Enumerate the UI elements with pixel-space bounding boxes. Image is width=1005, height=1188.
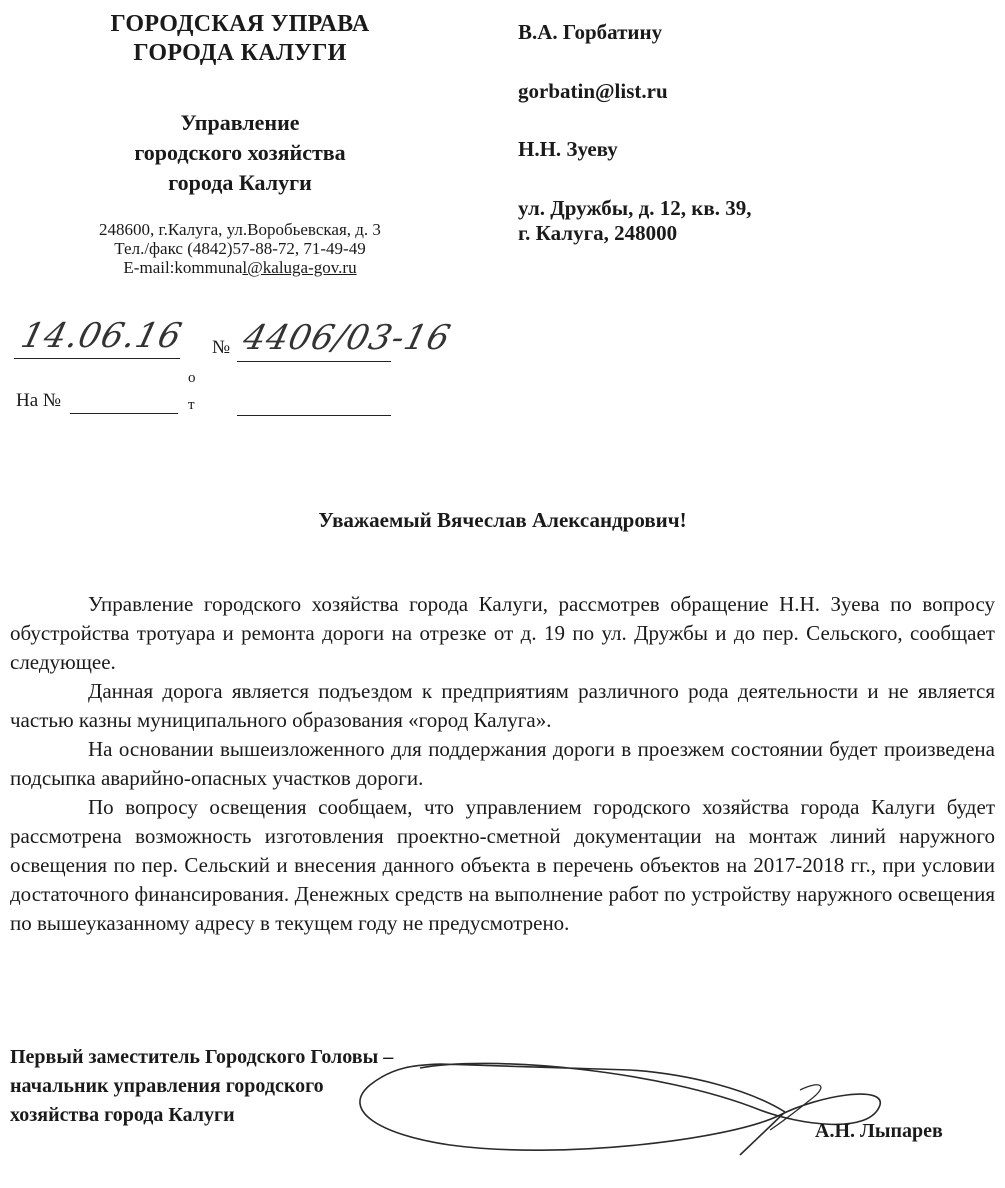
signatory-name: А.Н. Лыпарев bbox=[815, 1120, 943, 1143]
letterhead-contacts: 248600, г.Калуга, ул.Воробьевская, д. 3 … bbox=[40, 220, 440, 277]
outgoing-number-label: № bbox=[212, 337, 230, 359]
org-address: 248600, г.Калуга, ул.Воробьевская, д. 3 bbox=[40, 220, 440, 239]
outgoing-date-line bbox=[14, 358, 180, 359]
body-paragraph-1: Управление городского хозяйства города К… bbox=[10, 590, 995, 677]
handwritten-signature-icon bbox=[330, 1050, 890, 1160]
outgoing-number-line bbox=[237, 361, 391, 362]
dept-line-3: города Калуги bbox=[40, 168, 440, 198]
org-line-1: ГОРОДСКАЯ УПРАВА bbox=[40, 10, 440, 39]
reply-to-date-line bbox=[237, 415, 391, 416]
org-line-2: ГОРОДА КАЛУГИ bbox=[40, 39, 440, 68]
outgoing-date-handwritten: 14.06.16 bbox=[17, 316, 186, 356]
letter-body: Управление городского хозяйства города К… bbox=[10, 590, 995, 938]
letterhead-org-name: ГОРОДСКАЯ УПРАВА ГОРОДА КАЛУГИ bbox=[40, 10, 440, 68]
reply-to-label: На № bbox=[16, 390, 61, 412]
org-phone: Тел./факс (4842)57-88-72, 71-49-49 bbox=[40, 239, 440, 258]
body-paragraph-4: По вопросу освещения сообщаем, что управ… bbox=[10, 793, 995, 938]
body-paragraph-3: На основании вышеизложенного для поддерж… bbox=[10, 735, 995, 793]
org-email-prefix: E-mail:kommuna bbox=[123, 258, 242, 277]
recipient-1-name: В.А. Горбатину bbox=[518, 20, 662, 44]
reply-to-number-line bbox=[70, 413, 178, 414]
recipient-1-email[interactable]: gorbatin@list.ru bbox=[518, 79, 668, 103]
salutation: Уважаемый Вячеслав Александрович! bbox=[0, 508, 1005, 533]
from-label-o: о bbox=[188, 370, 196, 387]
org-email: E-mail:kommunal@kaluga-gov.ru bbox=[40, 258, 440, 277]
outgoing-number-handwritten: 4406/03-16 bbox=[239, 318, 455, 358]
from-label-t: т bbox=[188, 397, 195, 414]
recipient-2-name: Н.Н. Зуеву bbox=[518, 137, 618, 161]
dept-line-1: Управление bbox=[40, 108, 440, 138]
recipient-2-address-line-2: г. Калуга, 248000 bbox=[518, 221, 677, 245]
recipient-2-address-line-1: ул. Дружбы, д. 12, кв. 39, bbox=[518, 196, 752, 220]
letterhead-department: Управление городского хозяйства города К… bbox=[40, 108, 440, 198]
dept-line-2: городского хозяйства bbox=[40, 138, 440, 168]
org-email-link[interactable]: l@kaluga-gov.ru bbox=[242, 258, 356, 277]
body-paragraph-2: Данная дорога является подъездом к предп… bbox=[10, 677, 995, 735]
